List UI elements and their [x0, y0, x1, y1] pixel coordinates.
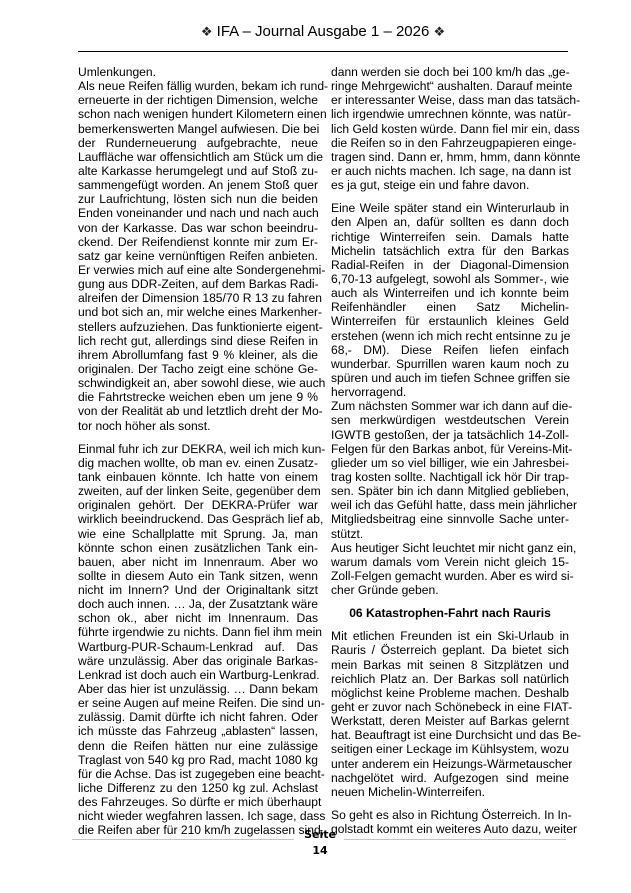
paragraph-gap — [331, 799, 569, 808]
text-line: nicht im Innern? Und der Originaltank si… — [78, 583, 318, 597]
ornament-right-icon: ❖ — [434, 22, 446, 42]
page-number: Seite 14 — [296, 827, 344, 859]
paragraph: Eine Weile später stand ein Winterurlaub… — [331, 201, 569, 399]
text-line: Zoll-Felgen gemacht wurden. Aber es wird… — [331, 569, 569, 583]
text-line: der Runderneuerung aufgebrachte, neue — [78, 136, 318, 150]
text-line: glieder um so viel billiger, wie ein Jah… — [331, 456, 569, 470]
text-line: die Reifen so in den Fahrzeugpapieren ei… — [331, 136, 569, 150]
text-line: lich irgendwie umrechnen könnte, was nat… — [331, 107, 569, 121]
text-line: originalen. Der Tacho zeigt eine schöne … — [78, 362, 318, 376]
text-line: ihrem Abrollumfang fast 9 % kleiner, als… — [78, 348, 318, 362]
text-line: Enden voneinander und nach und nach auch — [78, 206, 318, 220]
text-line: reichlich Platz an. Der Barkas soll natü… — [331, 672, 569, 686]
text-line: sammengefügt worden. An jenem Stoß quer — [78, 178, 318, 192]
text-line: könnte schon einen zusätzlichen Tank ein… — [78, 541, 318, 555]
text-line: erstehen (wenn ich mich recht entsinne z… — [331, 329, 569, 343]
text-line: Radial-Reifen in der Diagonal-Dimension — [331, 258, 569, 272]
text-line: doch auch innen. … Ja, der Zusatztank wä… — [78, 597, 318, 611]
left-column: Umlenkungen.Als neue Reifen fällig wurde… — [78, 65, 318, 838]
text-line: hat. Beauftragt ist eine Durchsicht und … — [331, 728, 569, 742]
text-line: tank einbauen könnte. Ich hatte von eine… — [78, 470, 318, 484]
text-line: wie eine Schallplatte mit Sprung. Ja, ma… — [78, 527, 318, 541]
right-column: dann werden sie doch bei 100 km/h das „g… — [331, 65, 569, 836]
paragraph-gap — [331, 192, 569, 201]
text-line: er interessanter Weise, dass man das tat… — [331, 93, 569, 107]
text-line: Zum nächsten Sommer war ich dann auf die… — [331, 399, 569, 413]
text-line: alreifen der Dimension 185/70 R 13 zu fa… — [78, 291, 318, 305]
text-line: spüren und auch im tiefen Schnee griffen… — [331, 371, 569, 385]
text-line: möglichst keine Probleme machen. Deshalb — [331, 686, 569, 700]
text-line: dig machen wollte, ob man ev. einen Zusa… — [78, 456, 318, 470]
text-line: für die Achse. Das ist zugegeben eine be… — [78, 767, 318, 781]
paragraph: Umlenkungen.Als neue Reifen fällig wurde… — [78, 65, 318, 433]
text-line: sollte in diesem Auto ein Tank sitzen, w… — [78, 569, 318, 583]
text-line: schwindigkeit an, aber sowohl diese, wie… — [78, 376, 318, 390]
text-line: führte irgendwie zu nichts. Dann fiel ih… — [78, 625, 318, 639]
footer-rule-left — [72, 839, 294, 840]
header-divider — [78, 51, 568, 52]
text-line: Umlenkungen. — [78, 65, 318, 79]
text-line: So geht es also in Richtung Österreich. … — [331, 808, 569, 822]
ornament-left-icon: ❖ — [201, 22, 213, 42]
text-line: erneuerte in der richtigen Dimension, we… — [78, 93, 318, 107]
text-line: er auch nichts machen. Ich sage, na dann… — [331, 164, 569, 178]
text-line: Michelin tatsächlich extra für den Barka… — [331, 244, 569, 258]
text-line: 68,- DM). Diese Reifen liefen einfach — [331, 343, 569, 357]
text-line: Winterreifen für erstaunlich kleines Gel… — [331, 314, 569, 328]
paragraph: Aus heutiger Sicht leuchtet mir nicht ga… — [331, 541, 569, 598]
text-line: wäre unzulässig. Aber das originale Bark… — [78, 654, 318, 668]
text-line: auch als Winterreifen und ich konnte bei… — [331, 286, 569, 300]
text-line: Werkstatt, deren Meister auf Barkas gele… — [331, 714, 569, 728]
text-line: warum damals vom Verein nicht gleich 15- — [331, 555, 569, 569]
journal-title: IFA – Journal Ausgabe 1 – 2026 — [217, 23, 430, 40]
paragraph: Einmal fuhr ich zur DEKRA, weil ich mich… — [78, 442, 318, 838]
text-line: ckend. Der Reifendienst konnte mir zum E… — [78, 235, 318, 249]
text-line: ringe Mehrgewicht“ aushalten. Darauf mei… — [331, 79, 569, 93]
text-line: alte Karkasse herumgelegt und auf Stoß z… — [78, 164, 318, 178]
text-line: sen merkwürdigen westdeutschen Verein — [331, 413, 569, 427]
text-line: ich müsste das Fahrzeug „ablasten“ lasse… — [78, 724, 318, 738]
text-line: Traglast von 540 kg pro Rad, macht 1080 … — [78, 753, 318, 767]
text-line: zweiten, auf der linken Seite, gegenüber… — [78, 484, 318, 498]
footer-rule-right — [344, 839, 566, 840]
text-line: 6,70-13 aufgelegt, sowohl als Sommer-, w… — [331, 272, 569, 286]
text-line: Einmal fuhr ich zur DEKRA, weil ich mich… — [78, 442, 318, 456]
text-line: bemerkenswerten Mangel aufwiesen. Die be… — [78, 122, 318, 136]
text-line: stellers aufzuziehen. Das funktionierte … — [78, 320, 318, 334]
text-line: dann werden sie doch bei 100 km/h das „g… — [331, 65, 569, 79]
text-line: hervorragend. — [331, 385, 569, 399]
text-line: von der Karkasse. Das war schon beeindru… — [78, 221, 318, 235]
text-line: Felgen für den Barkas anbot, für Vereins… — [331, 442, 569, 456]
text-line: tragen sind. Dann er, hmm, hmm, dann kön… — [331, 150, 569, 164]
text-line: denn die Reifen hätten nur eine zulässig… — [78, 739, 318, 753]
text-line: Lauffläche war offensichtlich am Stück u… — [78, 150, 318, 164]
text-line: wunderbar. Spurrillen waren kaum noch zu — [331, 357, 569, 371]
text-line: liche Differenz zu den 1250 kg zul. Achs… — [78, 781, 318, 795]
text-line: schon nach wenigen hundert Kilometern ei… — [78, 107, 318, 121]
text-line: Er verwies mich auf eine alte Sondergene… — [78, 263, 318, 277]
text-line: Aus heutiger Sicht leuchtet mir nicht ga… — [331, 541, 569, 555]
text-line: Wartburg-PUR-Schaum-Lenkrad auf. Das — [78, 640, 318, 654]
paragraph-gap — [331, 620, 569, 629]
text-line: lich Geld kosten würde. Dann fiel mir ei… — [331, 122, 569, 136]
text-line: stützt. — [331, 527, 569, 541]
text-line: die Fahrtstrecke weichen eben um jene 9 … — [78, 390, 318, 404]
text-line: Mit etlichen Freunden ist ein Ski-Urlaub… — [331, 629, 569, 643]
text-line: er seine Augen auf meine Reifen. Die sin… — [78, 696, 318, 710]
text-line: trag kosten sollte. Nachtigall ick hör D… — [331, 470, 569, 484]
text-line: Mitgliedsbeitrag eine sinnvolle Sache un… — [331, 512, 569, 526]
text-line: neuen Michelin-Winterreifen. — [331, 785, 569, 799]
paragraph: Mit etlichen Freunden ist ein Ski-Urlaub… — [331, 629, 569, 799]
text-line: Reifenhändler einen Satz Michelin- — [331, 300, 569, 314]
text-line: von der Realität ab und letztlich dreht … — [78, 404, 318, 418]
text-line: geht er zuvor nach Schönebeck in eine FI… — [331, 700, 569, 714]
paragraph: dann werden sie doch bei 100 km/h das „g… — [331, 65, 569, 192]
page-footer: Seite 14 — [70, 827, 570, 847]
section-heading: 06 Katastrophen-Fahrt nach Rauris — [331, 606, 569, 620]
text-line: zulässig. Damit dürfte ich nicht fahren.… — [78, 710, 318, 724]
text-line: des Fahrzeuges. So dürfte er mich überha… — [78, 795, 318, 809]
text-line: bauen, aber nicht im Innenraum. Aber wo — [78, 555, 318, 569]
text-line: den Alpen an, dafür sollten es dann doch — [331, 215, 569, 229]
text-line: originalen gehört. Der DEKRA-Prüfer war — [78, 498, 318, 512]
text-line: gung aus DDR-Zeiten, auf dem Barkas Radi… — [78, 277, 318, 291]
text-line: Aber das hier ist unzulässig. … Dann bek… — [78, 682, 318, 696]
text-line: cher Gründe geben. — [331, 583, 569, 597]
text-line: unter anderem ein Heizungs-Wärmetauscher — [331, 757, 569, 771]
text-line: nicht wieder wegfahren lassen. Ich sage,… — [78, 809, 318, 823]
text-line: nachgelötet wird. Aufgezogen sind meine — [331, 771, 569, 785]
text-line: satz gar keine vernünftigen Reifen anbie… — [78, 249, 318, 263]
text-line: wirklich beeindruckend. Das Gespräch lie… — [78, 512, 318, 526]
text-line: seitigen einer Leckage im Kühlsystem, wo… — [331, 742, 569, 756]
text-line: mein Barkas mit seinen 8 Sitzplätzen und — [331, 658, 569, 672]
text-line: schon ok., aber nicht im Innenraum. Das — [78, 611, 318, 625]
paragraph: Zum nächsten Sommer war ich dann auf die… — [331, 399, 569, 540]
text-line: Rauris / Österreich geplant. Da bietet s… — [331, 643, 569, 657]
text-line: Lenkrad ist doch auch ein Wartburg-Lenkr… — [78, 668, 318, 682]
paragraph-gap — [331, 597, 569, 606]
text-line: zur Laufrichtung, lösten sich nun die be… — [78, 192, 318, 206]
text-line: Eine Weile später stand ein Winterurlaub… — [331, 201, 569, 215]
text-line: sen. Später bin ich dann Mitglied geblie… — [331, 484, 569, 498]
text-line: weil ich das Gefühl hatte, dass mein jäh… — [331, 498, 569, 512]
text-line: richtige Winterreifen sein. Damals hatte — [331, 230, 569, 244]
text-line: tor noch höher als sonst. — [78, 419, 318, 433]
text-line: und bot sich an, mir welche eines Marken… — [78, 305, 318, 319]
page-header: ❖ IFA – Journal Ausgabe 1 – 2026 ❖ — [78, 22, 568, 52]
text-line: Als neue Reifen fällig wurden, bekam ich… — [78, 79, 318, 93]
text-line: IGWTB gestoßen, der ja tatsächlich 14-Zo… — [331, 428, 569, 442]
text-line: es ja gut, steige ein und fahre davon. — [331, 178, 569, 192]
text-line: lich recht gut, allerdings sind diese Re… — [78, 334, 318, 348]
paragraph-gap — [78, 433, 318, 442]
